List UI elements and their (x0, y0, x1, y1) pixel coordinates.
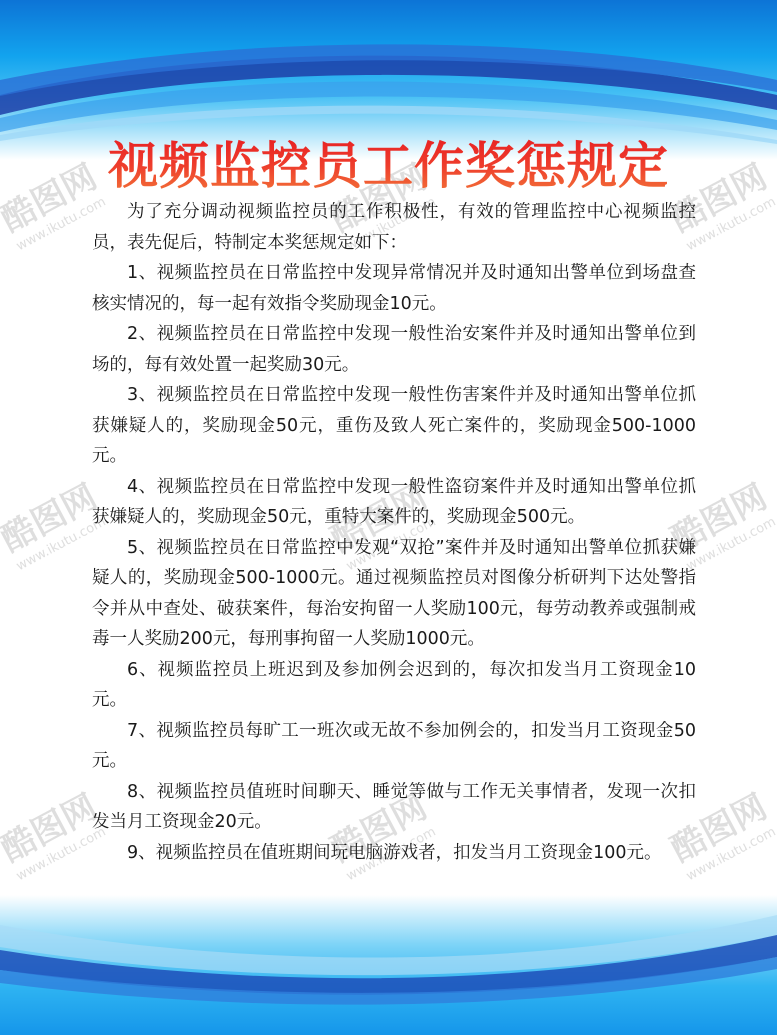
bottom-wave-decoration (0, 895, 777, 1035)
rule-item-4: 4、视频监控员在日常监控中发现一般性盗窃案件并及时通知出警单位抓获嫌疑人的，奖励… (92, 472, 696, 533)
rule-item-2: 2、视频监控员在日常监控中发现一般性治安案件并及时通知出警单位到场的，每有效处置… (92, 319, 696, 380)
intro-paragraph: 为了充分调动视频监控员的工作积极性，有效的管理监控中心视频监控员，表先促后，特制… (92, 197, 696, 258)
rule-item-9: 9、视频监控员在值班期间玩电脑游戏者，扣发当月工资现金100元。 (92, 838, 696, 869)
rule-item-6: 6、视频监控员上班迟到及参加例会迟到的，每次扣发当月工资现金10元。 (92, 655, 696, 716)
rule-item-3: 3、视频监控员在日常监控中发现一般性伤害案件并及时通知出警单位抓获嫌疑人的，奖励… (92, 380, 696, 472)
page-title: 视频监控员工作奖惩规定 (0, 126, 777, 198)
bottom-wave-svg (0, 895, 777, 1035)
rule-item-8: 8、视频监控员值班时间聊天、睡觉等做与工作无关事情者，发现一次扣发当月工资现金2… (92, 777, 696, 838)
rule-item-1: 1、视频监控员在日常监控中发现异常情况并及时通知出警单位到场盘查核实情况的，每一… (92, 258, 696, 319)
regulation-body: 为了充分调动视频监控员的工作积极性，有效的管理监控中心视频监控员，表先促后，特制… (92, 197, 696, 868)
rule-item-5: 5、视频监控员在日常监控中发观“双抢”案件并及时通知出警单位抓获嫌疑人的，奖励现… (92, 533, 696, 655)
rule-item-7: 7、视频监控员每旷工一班次或无故不参加例会的，扣发当月工资现金50元。 (92, 716, 696, 777)
